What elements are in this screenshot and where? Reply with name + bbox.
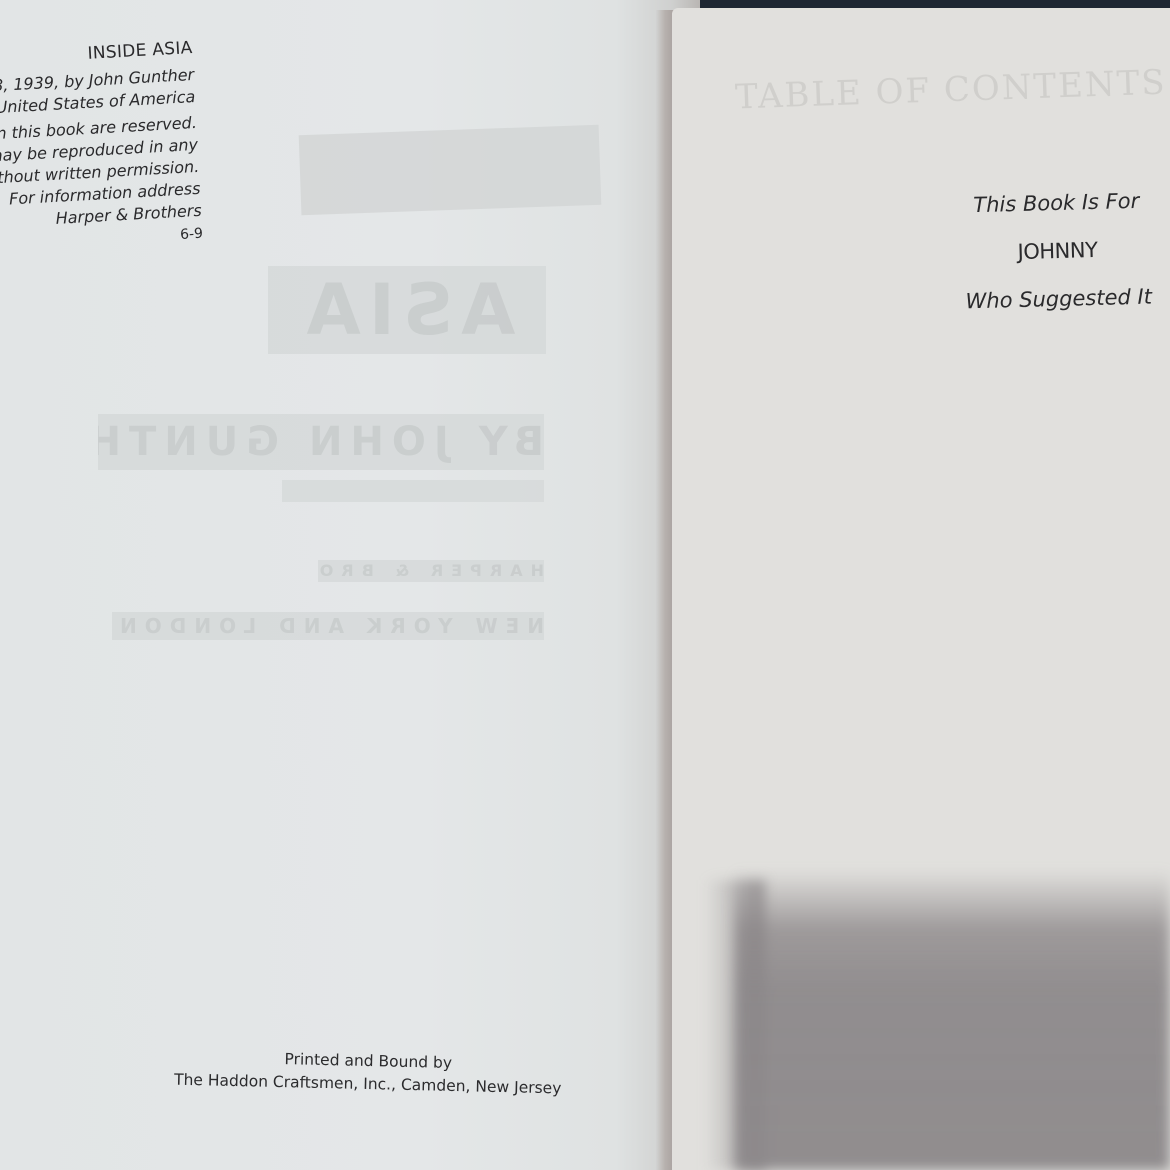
dedication-block: This Book Is For JOHNNY Who Suggested It [953,187,1161,314]
dedication-line-3: Who Suggested It [956,283,1162,314]
left-page: ASIA BY JOHN GUNTHER HARPER & BROTHERS N… [0,0,700,1170]
show-through-smudge [299,125,602,215]
copyright-block: INSIDE ASIA Copyright, 1938, 1939, by Jo… [0,38,203,265]
show-through-place: NEW YORK AND LONDON 1939 [112,612,544,640]
show-through-subtitle [282,480,544,502]
printer-block: Printed and Bound by The Haddon Craftsme… [168,1045,569,1100]
printing-code: 6-9 [0,226,203,265]
book-photo: ASIA BY JOHN GUNTHER HARPER & BROTHERS N… [0,0,1170,1170]
dedication-line-1: This Book Is For [953,187,1159,218]
show-through-author: BY JOHN GUNTHER [98,414,544,470]
hand-shadow [735,870,1170,1170]
show-through-publisher: HARPER & BROTHERS [318,560,544,582]
show-through-title: ASIA [268,266,546,354]
dedication-name: JOHNNY [955,235,1161,266]
